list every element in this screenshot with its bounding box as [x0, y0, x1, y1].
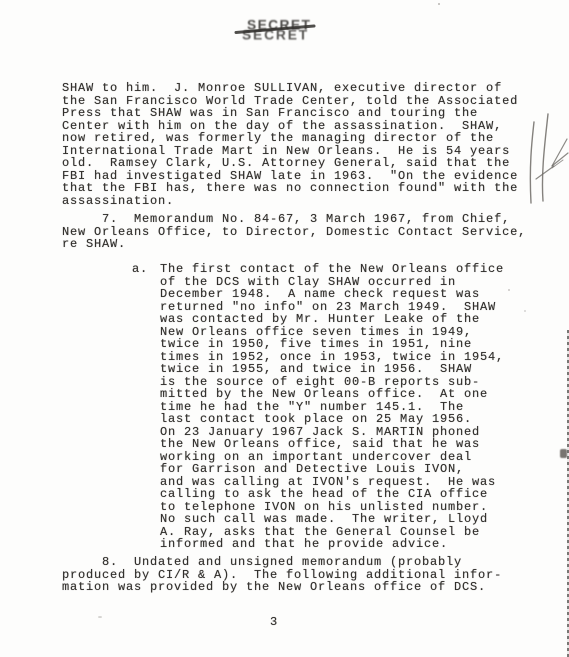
- paper-speck: [524, 310, 526, 312]
- pencil-margin-marks: [0, 0, 569, 657]
- paper-speck: [438, 3, 440, 5]
- document-page: SECRET SECRET SHAW to him. J. Monroe SUL…: [0, 0, 569, 657]
- scanner-edge-blob: [560, 449, 567, 458]
- paper-speck: [98, 616, 102, 618]
- paper-speck: [508, 289, 510, 291]
